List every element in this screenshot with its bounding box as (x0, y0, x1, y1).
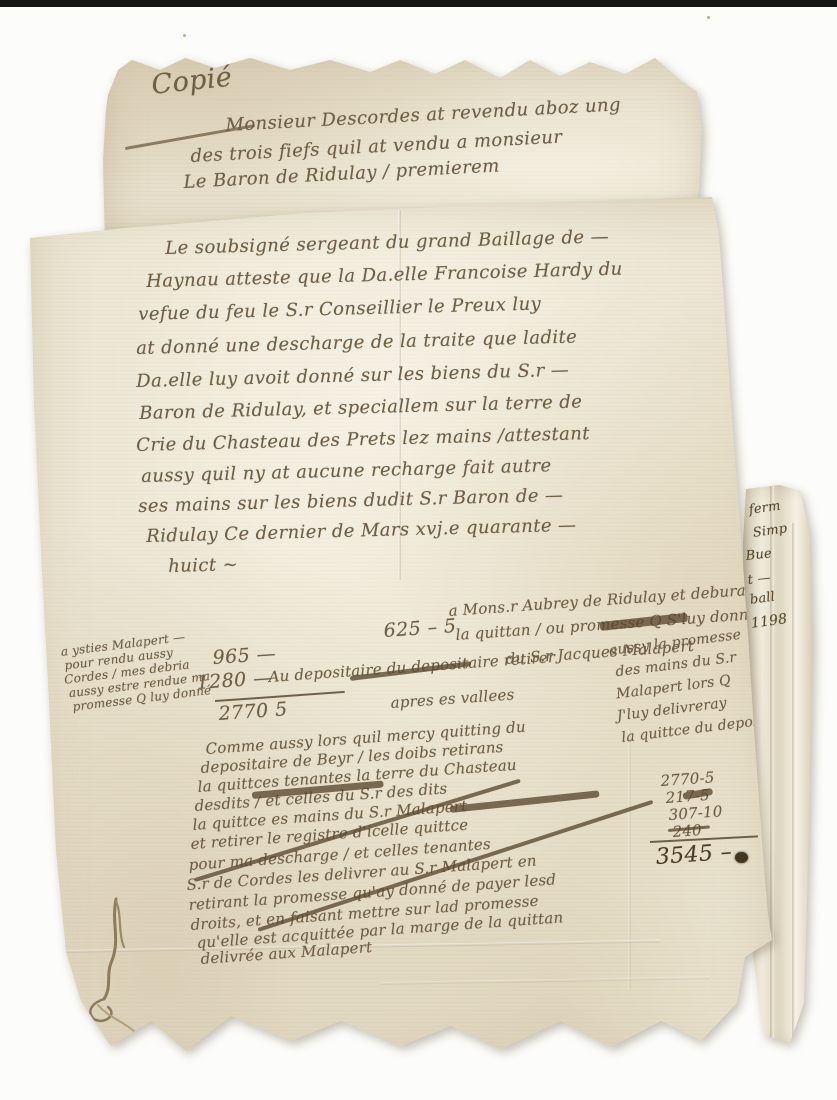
strip-fold-crease (792, 523, 796, 1043)
account-subtotal: 2770 5 (218, 698, 288, 725)
body-line: Ridulay Ce dernier de Mars xvj.e quarant… (146, 515, 577, 547)
account-row: Au depositaire du depositaire retirer (268, 648, 556, 686)
body-line: at donné une descharge de la traite que … (136, 326, 577, 359)
strip-fold-crease (770, 483, 774, 1049)
copy-heading: Copié (150, 62, 234, 101)
attestation-sheet: Le soubsigné sergeant du grand Baillage … (25, 195, 777, 1075)
binding-thread (78, 895, 148, 1040)
body-line: vefue du feu le S.r Conseillier le Preux… (138, 293, 541, 325)
body-line: aussy quil ny at aucune recharge fait au… (141, 455, 552, 487)
body-line: Da.elle luy avoit donné sur les biens du… (136, 360, 569, 392)
body-line: Crie du Chasteau des Prets lez mains /at… (136, 423, 590, 456)
body-line: huict ~ (168, 554, 238, 577)
body-line: Baron de Ridulay, et speciallem sur la t… (139, 391, 583, 424)
scan-frame-bar (0, 0, 837, 7)
fold-crease (380, 976, 710, 985)
strip-text-fragment: Bue (745, 546, 773, 564)
manuscript-photo: Copié Monsieur Descordes at revendu aboz… (0, 0, 837, 1100)
fold-crease (628, 730, 631, 990)
body-line: Haynau atteste que la Da.elle Francoise … (146, 259, 623, 292)
ink-blot (735, 852, 748, 863)
dust-speck (183, 34, 186, 37)
body-line: Le soubsigné sergeant du grand Baillage … (165, 226, 609, 259)
strip-text-fragment: Simp (752, 521, 788, 541)
body-line: ses mains sur les biens dudit S.r Baron … (138, 485, 564, 517)
account-row: apres es vallees (390, 685, 515, 712)
dust-speck (707, 16, 710, 19)
account-amount: 965 — (212, 643, 277, 669)
tally-total: 3545 – (655, 840, 733, 870)
strip-text-fragment: ferm (748, 499, 782, 518)
strip-text-fragment: 1198 (750, 611, 788, 632)
strip-text-fragment: t — (747, 571, 771, 588)
account-amount: 625 – 5 (383, 615, 457, 642)
